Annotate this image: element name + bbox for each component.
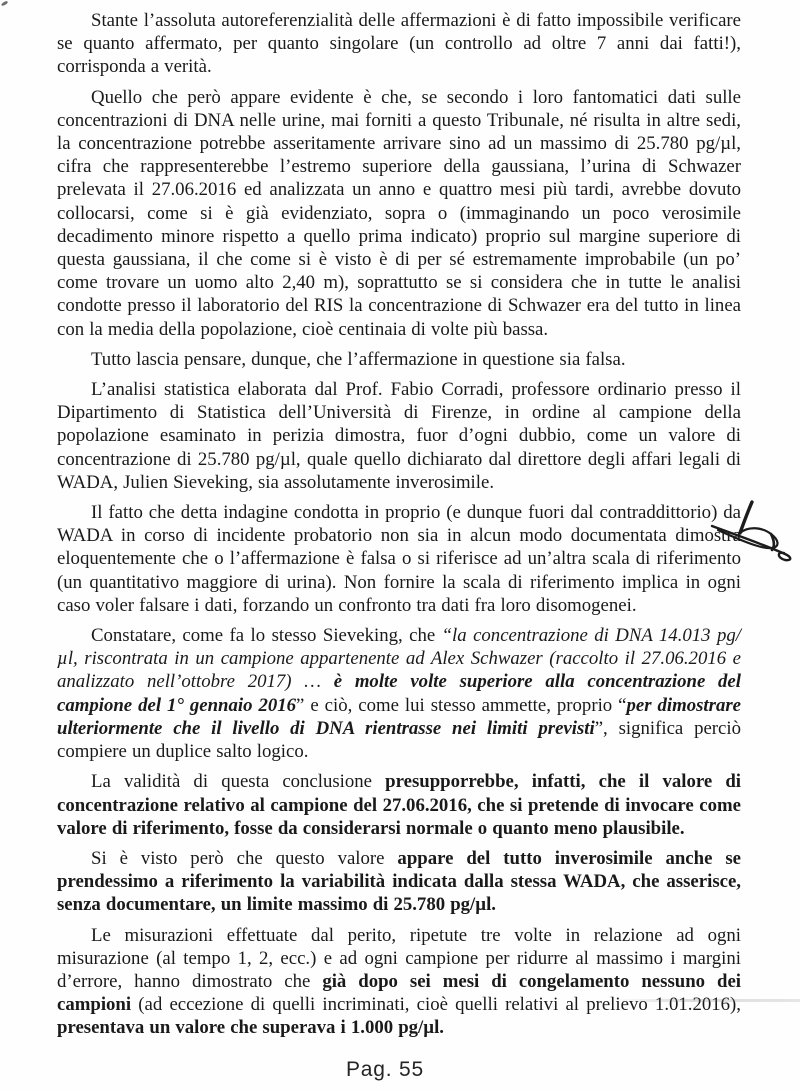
paragraph-2: Quello che però appare evidente è che, s…: [57, 86, 741, 341]
paragraph-8: Si è visto però che questo valore appare…: [57, 847, 741, 917]
text-segment: Stante l’assoluta autoreferenzialità del…: [57, 10, 741, 77]
paragraph-1: Stante l’assoluta autoreferenzialità del…: [57, 9, 741, 79]
paragraph-5: Il fatto che detta indagine condotta in …: [57, 501, 741, 617]
paragraph-9: Le misurazioni effettuate dal perito, ri…: [57, 924, 741, 1040]
text-segment: Quello che però appare evidente è che, s…: [57, 87, 741, 340]
paragraph-6: Constatare, come fa lo stesso Sieveking,…: [57, 624, 741, 763]
text-segment: L’analisi statistica elaborata dal Prof.…: [57, 379, 741, 493]
text-segment: Si è visto però che questo valore: [91, 848, 397, 869]
paragraph-3: Tutto lascia pensare, dunque, che l’affe…: [57, 348, 741, 371]
page-number: Pag. 55: [0, 1058, 770, 1082]
paragraph-4: L’analisi statistica elaborata dal Prof.…: [57, 378, 741, 494]
text-segment: Tutto lascia pensare, dunque, che l’affe…: [91, 349, 626, 370]
scanned-document-page: Stante l’assoluta autoreferenzialità del…: [0, 0, 800, 1090]
scan-speck: [1, 1, 9, 7]
text-segment: Il fatto che detta indagine condotta in …: [57, 502, 741, 616]
text-segment: (ad eccezione di quelli incriminati, cio…: [138, 994, 741, 1015]
text-segment: ” e ciò, come lui stesso ammette, propri…: [296, 695, 626, 716]
text-segment: Constatare, come fa lo stesso Sieveking,…: [91, 625, 442, 646]
paragraph-7: La validità di questa conclusione presup…: [57, 770, 741, 840]
scan-streak: [610, 999, 800, 1002]
text-segment: La validità di questa conclusione: [91, 771, 385, 792]
document-body: Stante l’assoluta autoreferenzialità del…: [57, 9, 741, 1047]
text-segment: presentava un valore che superava i 1.00…: [57, 1017, 444, 1038]
